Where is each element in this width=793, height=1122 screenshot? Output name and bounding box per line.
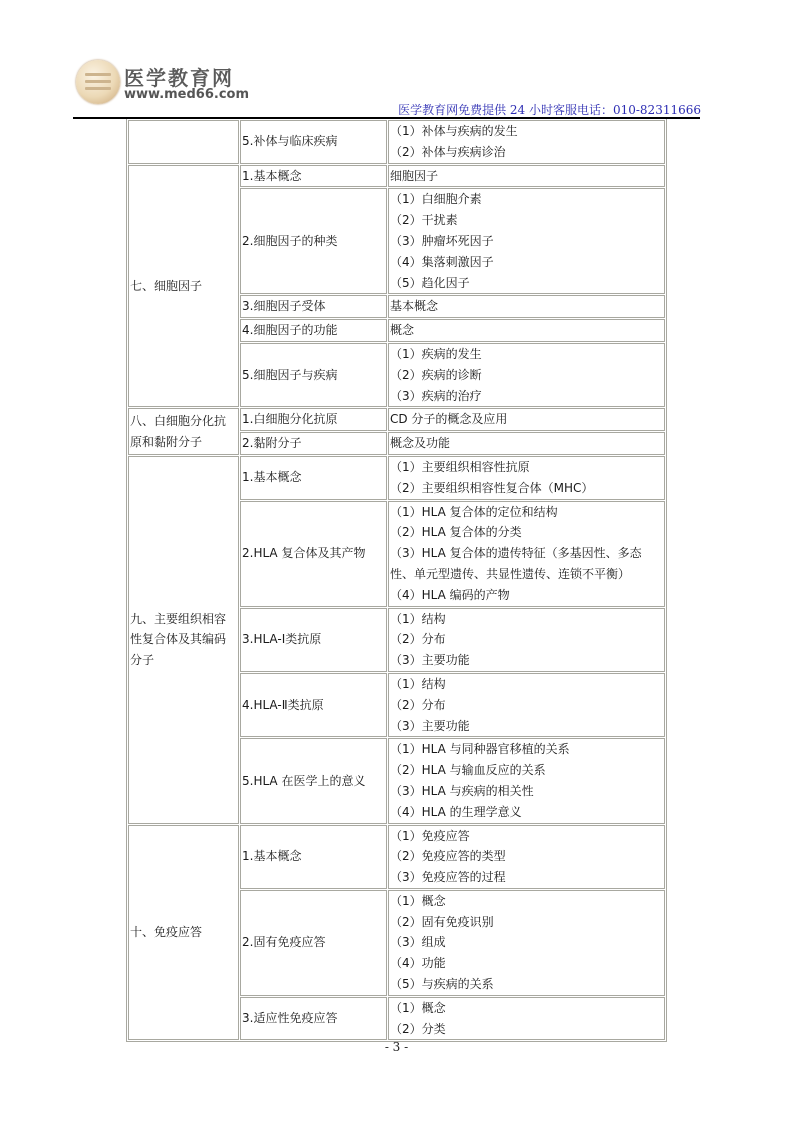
topic-cell: 4.细胞因子的功能 xyxy=(240,319,387,342)
point-item: （2）补体与疾病诊治 xyxy=(390,142,663,163)
point-item: （2）分类 xyxy=(390,1019,663,1040)
point-item: 细胞因子 xyxy=(390,166,663,187)
topic-cell: 2.细胞因子的种类 xyxy=(240,188,387,294)
points-cell: （1）HLA 复合体的定位和结构 （2）HLA 复合体的分类 （3）HLA 复合… xyxy=(388,501,665,607)
section-cell: 七、细胞因子 xyxy=(128,165,239,408)
table-row: 十、免疫应答 1.基本概念 （1）免疫应答 （2）免疫应答的类型 （3）免疫应答… xyxy=(128,825,665,889)
point-item: （2）免疫应答的类型 xyxy=(390,846,663,867)
points-cell: （1）概念 （2）固有免疫识别 （3）组成 （4）功能 （5）与疾病的关系 xyxy=(388,890,665,996)
point-item: （2）固有免疫识别 xyxy=(390,912,663,933)
point-item: （1）HLA 与同种器官移植的关系 xyxy=(390,739,663,760)
points-cell: （1）HLA 与同种器官移植的关系 （2）HLA 与输血反应的关系 （3）HLA… xyxy=(388,738,665,823)
point-item: （3）免疫应答的过程 xyxy=(390,867,663,888)
point-item: （1）HLA 复合体的定位和结构 xyxy=(390,502,663,523)
point-item: （1）白细胞介素 xyxy=(390,189,663,210)
point-item: （3）HLA 与疾病的相关性 xyxy=(390,781,663,802)
topic-cell: 1.基本概念 xyxy=(240,825,387,889)
point-item: （2）疾病的诊断 xyxy=(390,365,663,386)
point-item: （1）概念 xyxy=(390,891,663,912)
table-row: 5.补体与临床疾病 （1）补体与疾病的发生 （2）补体与疾病诊治 xyxy=(128,120,665,164)
points-cell: 细胞因子 xyxy=(388,165,665,188)
section-cell: 八、白细胞分化抗原和黏附分子 xyxy=(128,408,239,455)
points-cell: CD 分子的概念及应用 xyxy=(388,408,665,431)
points-cell: 基本概念 xyxy=(388,295,665,318)
points-cell: 概念及功能 xyxy=(388,432,665,455)
points-cell: （1）主要组织相容性抗原 （2）主要组织相容性复合体（MHC） xyxy=(388,456,665,500)
table-row: 七、细胞因子 1.基本概念 细胞因子 xyxy=(128,165,665,188)
points-cell: （1）结构 （2）分布 （3）主要功能 xyxy=(388,608,665,672)
point-item: （3）HLA 复合体的遗传特征（多基因性、多态性、单元型遗传、共显性遗传、连锁不… xyxy=(390,543,663,585)
point-item: （2）HLA 复合体的分类 xyxy=(390,522,663,543)
point-item: （1）结构 xyxy=(390,674,663,695)
point-item: 概念及功能 xyxy=(390,433,663,454)
point-item: （4）功能 xyxy=(390,953,663,974)
header-notice: 医学教育网免费提供 24 小时客服电话：010-82311666 xyxy=(398,101,701,118)
table-row: 九、主要组织相容性复合体及其编码分子 1.基本概念 （1）主要组织相容性抗原 （… xyxy=(128,456,665,500)
point-item: （2）HLA 与输血反应的关系 xyxy=(390,760,663,781)
topic-cell: 2.固有免疫应答 xyxy=(240,890,387,996)
point-item: 概念 xyxy=(390,320,663,341)
topic-cell: 5.HLA 在医学上的意义 xyxy=(240,738,387,823)
topic-cell: 1.基本概念 xyxy=(240,456,387,500)
topic-cell: 5.补体与临床疾病 xyxy=(240,120,387,164)
points-cell: 概念 xyxy=(388,319,665,342)
point-item: （3）肿瘤坏死因子 xyxy=(390,231,663,252)
point-item: （1）结构 xyxy=(390,609,663,630)
topic-cell: 2.黏附分子 xyxy=(240,432,387,455)
topic-cell: 3.HLA-Ⅰ类抗原 xyxy=(240,608,387,672)
point-item: （3）疾病的治疗 xyxy=(390,386,663,407)
topic-cell: 1.基本概念 xyxy=(240,165,387,188)
point-item: （1）疾病的发生 xyxy=(390,344,663,365)
logo-emblem-icon xyxy=(76,60,120,104)
point-item: （4）集落刺激因子 xyxy=(390,252,663,273)
point-item: 基本概念 xyxy=(390,296,663,317)
point-item: （2）主要组织相容性复合体（MHC） xyxy=(390,478,663,499)
point-item: （2）干扰素 xyxy=(390,210,663,231)
topic-cell: 2.HLA 复合体及其产物 xyxy=(240,501,387,607)
points-cell: （1）免疫应答 （2）免疫应答的类型 （3）免疫应答的过程 xyxy=(388,825,665,889)
section-cell: 十、免疫应答 xyxy=(128,825,239,1041)
point-item: （5）与疾病的关系 xyxy=(390,974,663,995)
points-cell: （1）概念 （2）分类 xyxy=(388,997,665,1041)
syllabus-table: 5.补体与临床疾病 （1）补体与疾病的发生 （2）补体与疾病诊治 七、细胞因子 … xyxy=(126,119,667,1042)
point-item: CD 分子的概念及应用 xyxy=(390,409,663,430)
page-number: - 3 - xyxy=(0,1040,793,1054)
site-logo[interactable]: 医学教育网 www.med66.com xyxy=(76,60,256,110)
points-cell: （1）疾病的发生 （2）疾病的诊断 （3）疾病的治疗 xyxy=(388,343,665,407)
point-item: （4）HLA 的生理学意义 xyxy=(390,802,663,823)
points-cell: （1）结构 （2）分布 （3）主要功能 xyxy=(388,673,665,737)
point-item: （3）主要功能 xyxy=(390,716,663,737)
section-cell xyxy=(128,120,239,164)
points-cell: （1）补体与疾病的发生 （2）补体与疾病诊治 xyxy=(388,120,665,164)
table-row: 八、白细胞分化抗原和黏附分子 1.白细胞分化抗原 CD 分子的概念及应用 xyxy=(128,408,665,431)
topic-cell: 1.白细胞分化抗原 xyxy=(240,408,387,431)
section-cell: 九、主要组织相容性复合体及其编码分子 xyxy=(128,456,239,824)
topic-cell: 3.适应性免疫应答 xyxy=(240,997,387,1041)
points-cell: （1）白细胞介素 （2）干扰素 （3）肿瘤坏死因子 （4）集落刺激因子 （5）趋… xyxy=(388,188,665,294)
topic-cell: 3.细胞因子受体 xyxy=(240,295,387,318)
point-item: （1）概念 xyxy=(390,998,663,1019)
point-item: （2）分布 xyxy=(390,695,663,716)
logo-url: www.med66.com xyxy=(124,87,249,102)
point-item: （2）分布 xyxy=(390,629,663,650)
point-item: （1）补体与疾病的发生 xyxy=(390,121,663,142)
point-item: （1）主要组织相容性抗原 xyxy=(390,457,663,478)
point-item: （1）免疫应答 xyxy=(390,826,663,847)
point-item: （5）趋化因子 xyxy=(390,273,663,294)
point-item: （3）主要功能 xyxy=(390,650,663,671)
topic-cell: 4.HLA-Ⅱ类抗原 xyxy=(240,673,387,737)
point-item: （3）组成 xyxy=(390,932,663,953)
point-item: （4）HLA 编码的产物 xyxy=(390,585,663,606)
topic-cell: 5.细胞因子与疾病 xyxy=(240,343,387,407)
